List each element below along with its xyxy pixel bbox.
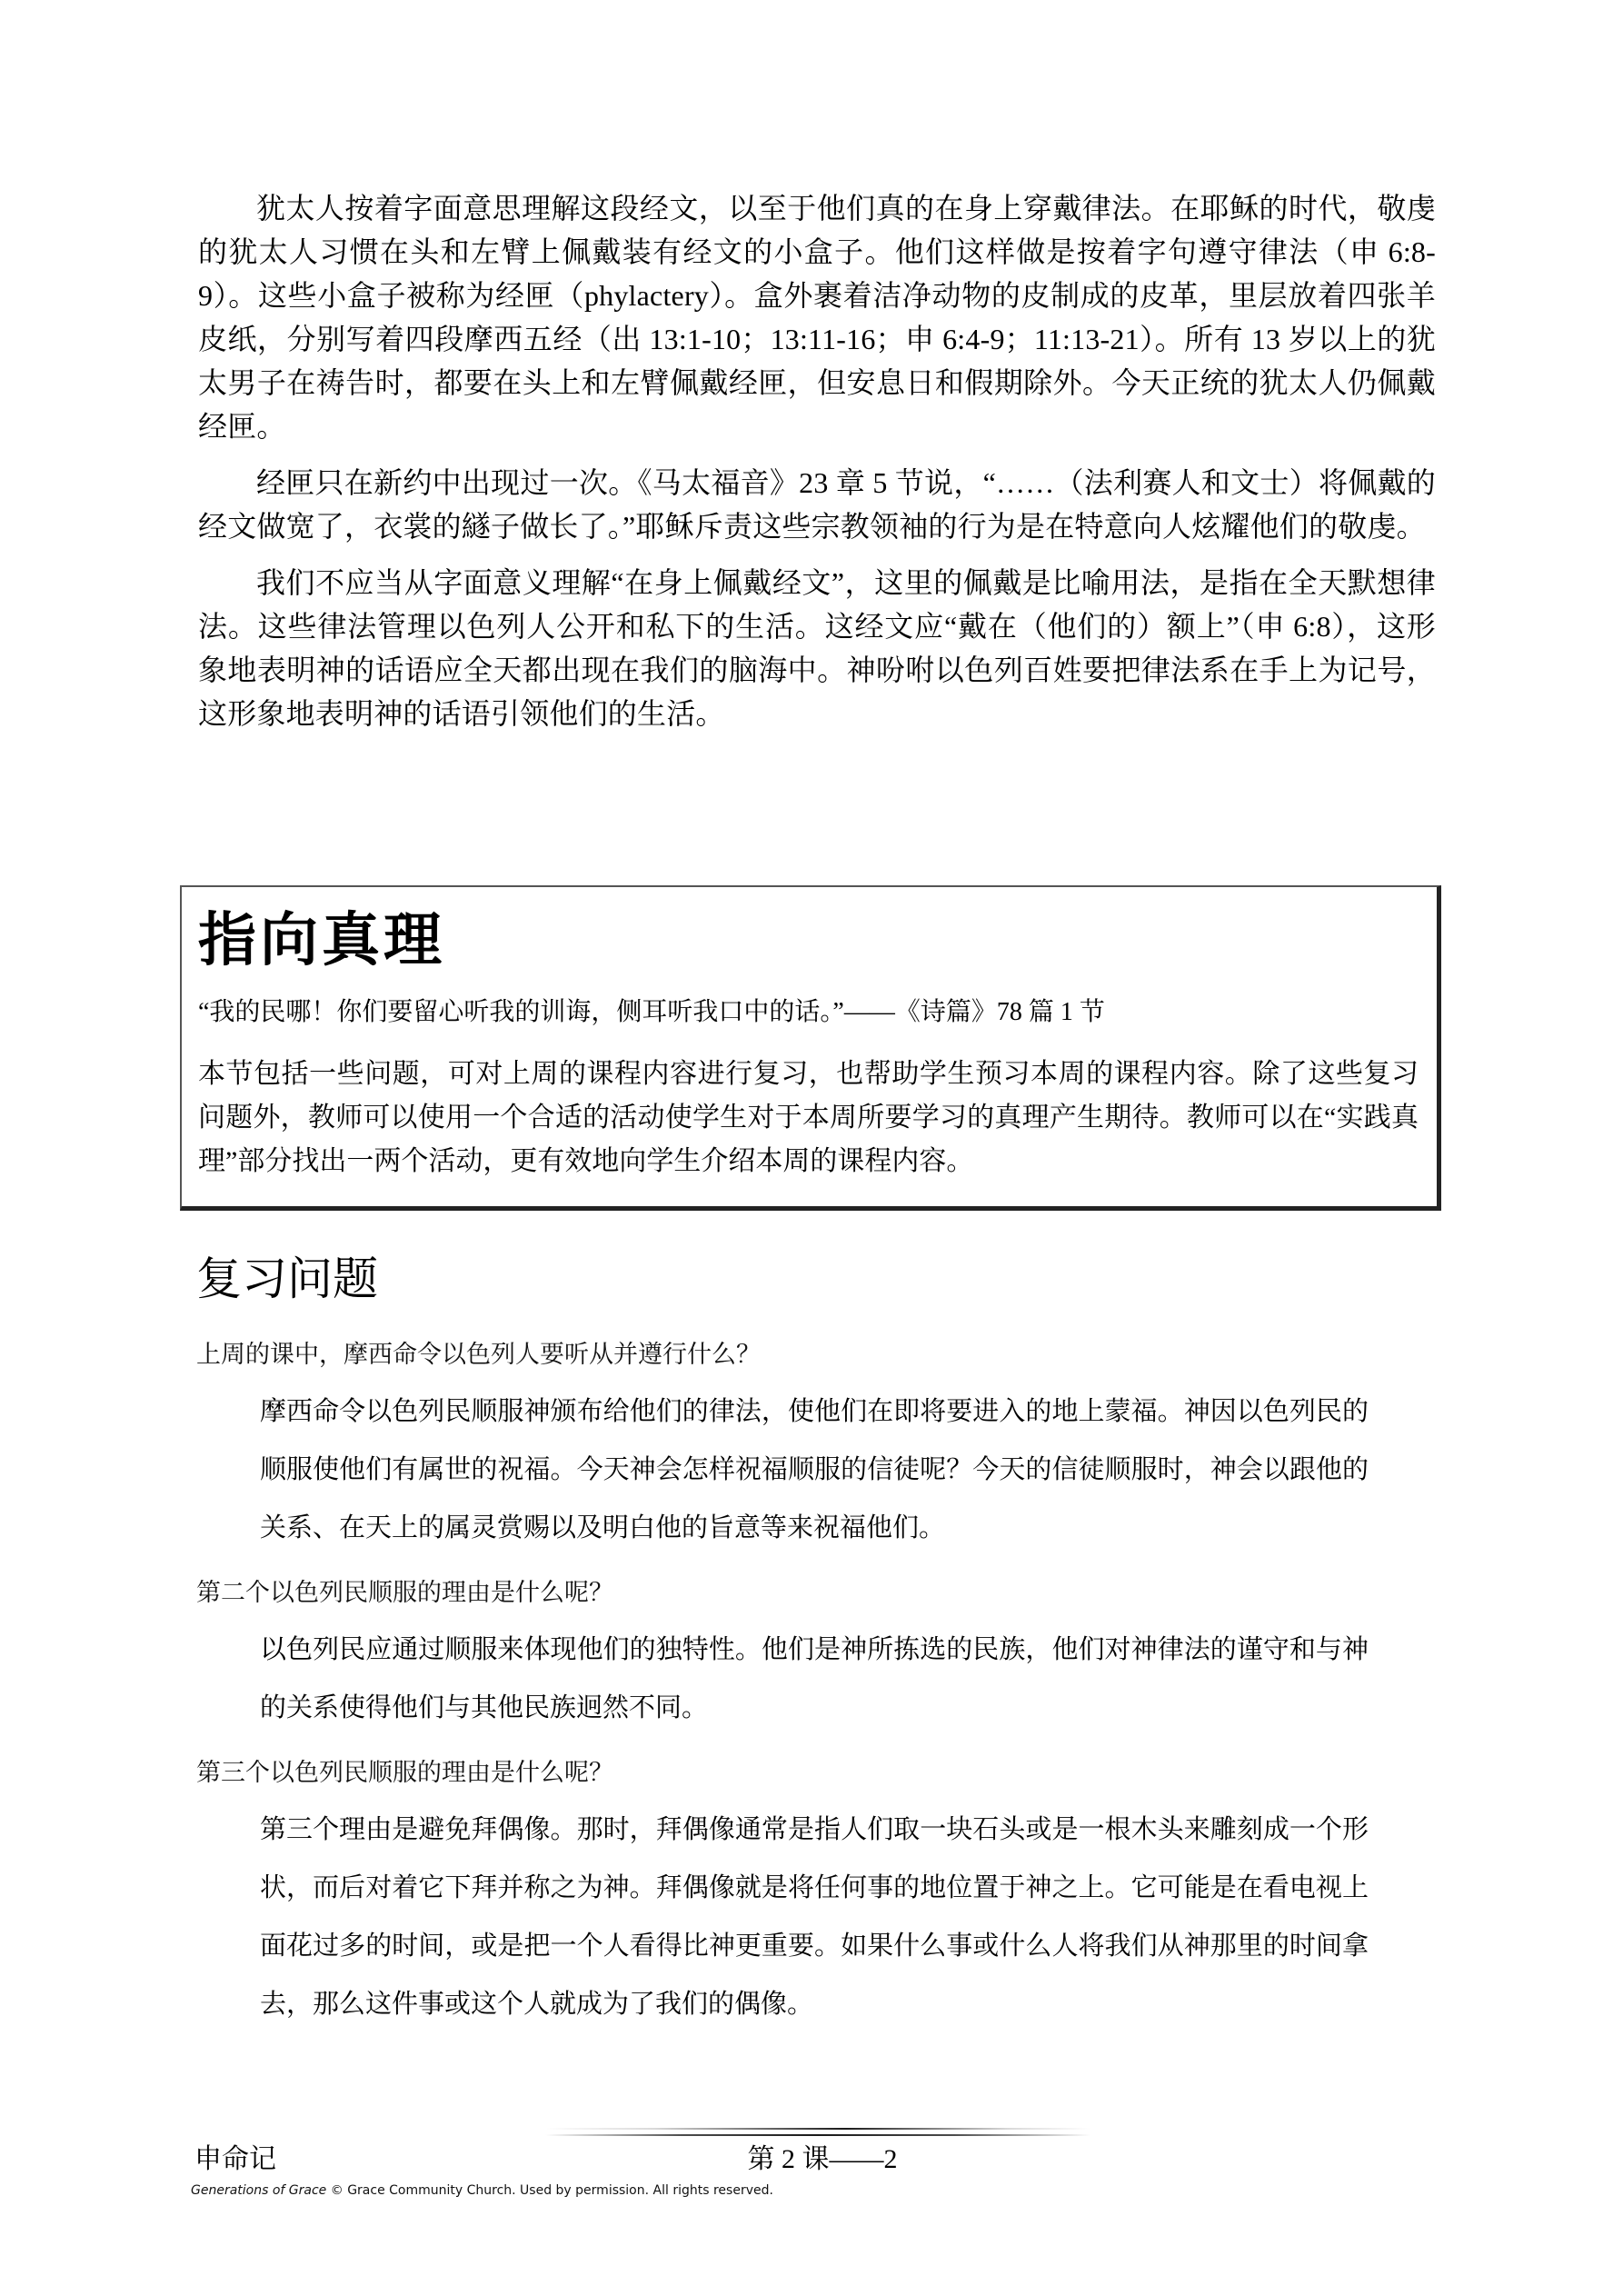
review-answer: 以色列民应通过顺服来体现他们的独特性。他们是神所拣选的民族，他们对神律法的谨守和… bbox=[260, 1620, 1369, 1736]
review-question: 上周的课中，摩西命令以色列人要听从并遵行什么？ bbox=[196, 1336, 1441, 1374]
footer-divider bbox=[545, 2127, 1090, 2138]
footer-copyright: Generations of Grace © Grace Community C… bbox=[191, 2181, 773, 2200]
intro-section: 犹太人按着字面意思理解这段经文，以至于他们真的在身上穿戴律法。在耶稣的时代，敬虔… bbox=[198, 186, 1436, 748]
review-answer: 摩西命令以色列民顺服神颁布给他们的律法，使他们在即将要进入的地上蒙福。神因以色列… bbox=[260, 1382, 1369, 1556]
footer-divider-line-top bbox=[545, 2128, 1090, 2130]
review-question: 第二个以色列民顺服的理由是什么呢？ bbox=[196, 1574, 1441, 1612]
footer-book-name: 申命记 bbox=[194, 2141, 276, 2178]
copyright-text: © Grace Community Church. Used by permis… bbox=[326, 2183, 773, 2198]
review-questions-list: 上周的课中，摩西命令以色列人要听从并遵行什么？ 摩西命令以色列民顺服神颁布给他们… bbox=[196, 1336, 1441, 2051]
intro-paragraph-phylactery: 犹太人按着字面意思理解这段经文，以至于他们真的在身上穿戴律法。在耶稣的时代，敬虔… bbox=[198, 186, 1436, 448]
review-item: 第二个以色列民顺服的理由是什么呢？ 以色列民应通过顺服来体现他们的独特性。他们是… bbox=[196, 1574, 1441, 1736]
intro-paragraph-figurative: 我们不应当从字面意义理解“在身上佩戴经文”，这里的佩戴是比喻用法，是指在全天默想… bbox=[198, 561, 1436, 735]
footer-divider-line-bottom bbox=[545, 2134, 1090, 2136]
pointing-to-truth-box: 指向真理 “我的民哪！你们要留心听我的训诲，侧耳听我口中的话。”——《诗篇》78… bbox=[180, 885, 1441, 1211]
copyright-title: Generations of Grace bbox=[191, 2183, 326, 2198]
footer-page-label: 第 2 课——2 bbox=[691, 2141, 954, 2178]
review-item: 第三个以色列民顺服的理由是什么呢？ 第三个理由是避免拜偶像。那时，拜偶像通常是指… bbox=[196, 1754, 1441, 2032]
document-page: 犹太人按着字面意思理解这段经文，以至于他们真的在身上穿戴律法。在耶稣的时代，敬虔… bbox=[0, 0, 1623, 2296]
review-item: 上周的课中，摩西命令以色列人要听从并遵行什么？ 摩西命令以色列民顺服神颁布给他们… bbox=[196, 1336, 1441, 1556]
review-questions-heading: 复习问题 bbox=[196, 1247, 378, 1311]
truth-box-verse: “我的民哪！你们要留心听我的训诲，侧耳听我口中的话。”——《诗篇》78 篇 1 … bbox=[198, 994, 1419, 1031]
truth-box-description: 本节包括一些问题，可对上周的课程内容进行复习，也帮助学生预习本周的课程内容。除了… bbox=[198, 1053, 1419, 1183]
review-answer: 第三个理由是避免拜偶像。那时，拜偶像通常是指人们取一块石头或是一根木头来雕刻成一… bbox=[260, 1800, 1369, 2032]
truth-box-title: 指向真理 bbox=[198, 900, 1419, 982]
review-question: 第三个以色列民顺服的理由是什么呢？ bbox=[196, 1754, 1441, 1792]
intro-paragraph-new-testament: 经匣只在新约中出现过一次。《马太福音》23 章 5 节说，“……（法利赛人和文士… bbox=[198, 461, 1436, 548]
